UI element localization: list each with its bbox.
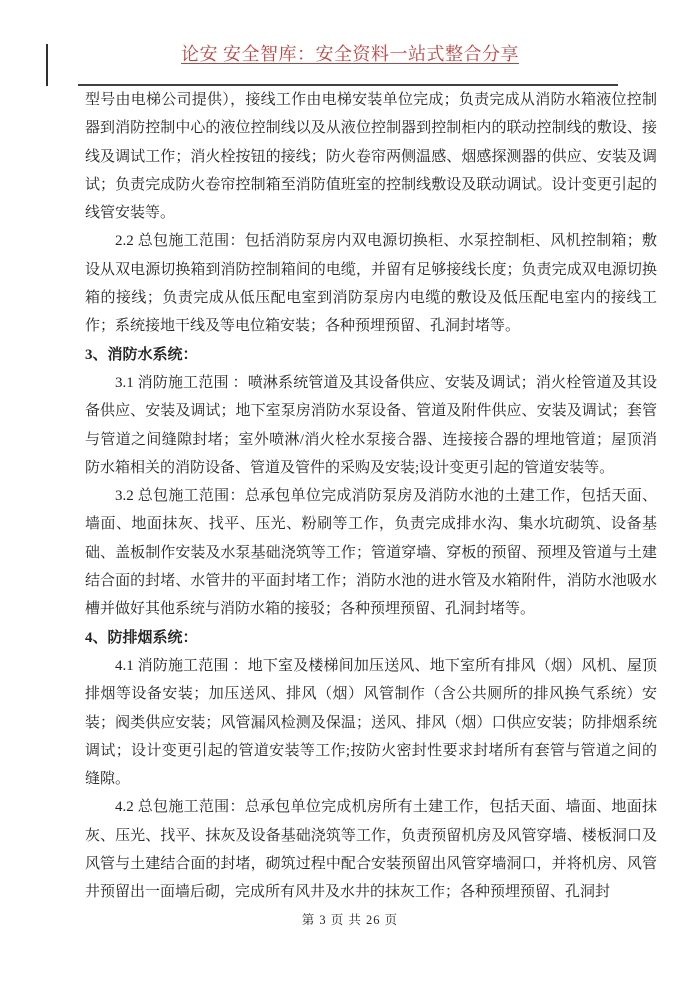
paragraph-4-1: 4.1 消防施工范围 ：地下室及楼梯间加压送风、地下室所有排风（烟）风机、屋顶排… (85, 652, 657, 793)
paragraph-2-2: 2.2 总包施工范围：包括消防泵房内双电源切换柜、水泵控制柜、风机控制箱；敷设从… (85, 227, 657, 340)
paragraph-3-2: 3.2 总包施工范围：总承包单位完成消防泵房及消防水池的土建工作，包括天面、墙面… (85, 482, 657, 623)
section-heading-4: 4、防排烟系统： (85, 624, 657, 652)
paragraph-continuation: 型号由电梯公司提供），接线工作由电梯安装单位完成；负责完成从消防水箱液位控制器到… (85, 86, 657, 227)
page-number: 第 3 页 共 26 页 (302, 913, 398, 927)
paragraph-3-1: 3.1 消防施工范围 ：喷淋系统管道及其设备供应、安装及调试；消火栓管道及其设备… (85, 369, 657, 482)
page-footer: 第 3 页 共 26 页 (0, 910, 700, 929)
watermark-site-title: 论安 安全智库：安全资料一站式整合分享 (181, 40, 519, 66)
section-heading-3: 3、消防水系统： (85, 341, 657, 369)
page-header: 论安 安全智库：安全资料一站式整合分享 (0, 40, 700, 66)
document-page: 论安 安全智库：安全资料一站式整合分享 型号由电梯公司提供），接线工作由电梯安装… (0, 0, 700, 990)
document-body: 型号由电梯公司提供），接线工作由电梯安装单位完成；负责完成从消防水箱液位控制器到… (85, 86, 657, 907)
paragraph-4-2: 4.2 总包施工范围：总承包单位完成机房所有土建工作，包括天面、墙面、地面抹灰、… (85, 793, 657, 906)
